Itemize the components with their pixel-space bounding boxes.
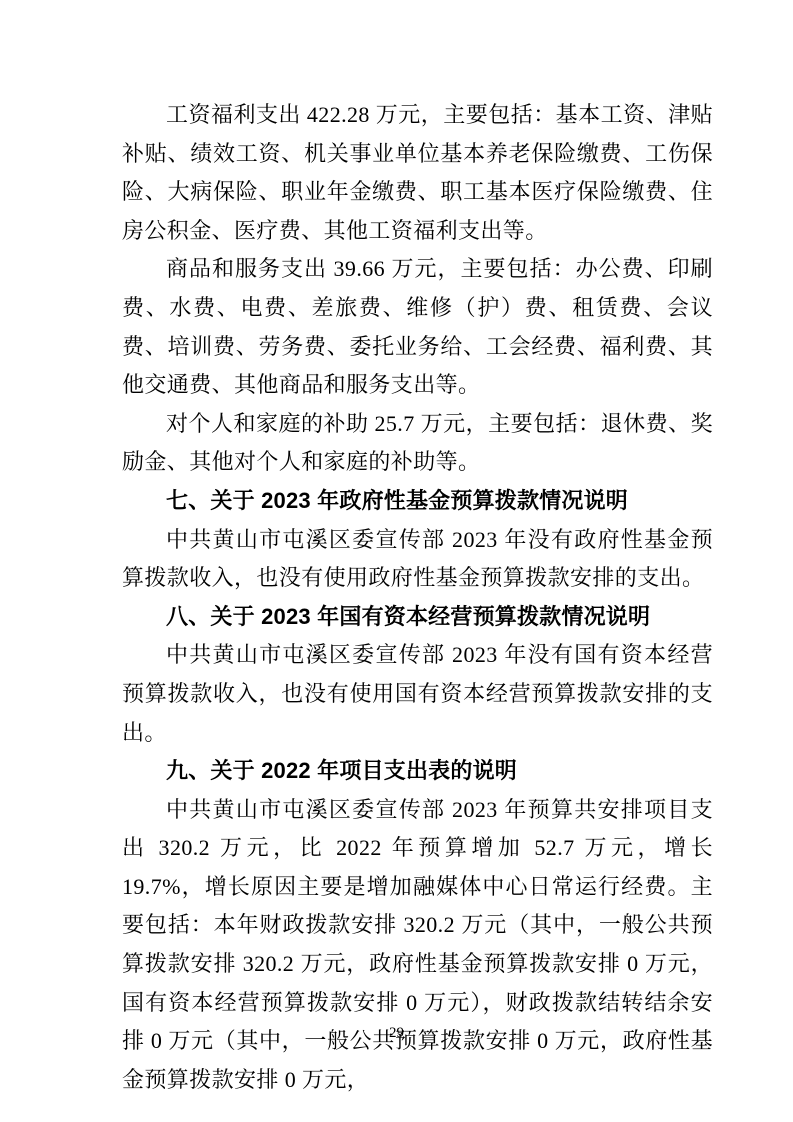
- page-number: 29: [0, 1023, 793, 1043]
- paragraph-wage-welfare-expenditure: 工资福利支出 422.28 万元，主要包括：基本工资、津贴补贴、绩效工资、机关事…: [122, 96, 713, 250]
- heading-section-8-state-capital-budget: 八、关于 2023 年国有资本经营预算拨款情况说明: [122, 598, 713, 637]
- document-page: 工资福利支出 422.28 万元，主要包括：基本工资、津贴补贴、绩效工资、机关事…: [0, 0, 793, 1122]
- paragraph-section-8-body: 中共黄山市屯溪区委宣传部 2023 年没有国有资本经营预算拨款收入，也没有使用国…: [122, 636, 713, 752]
- heading-section-9-project-expenditure: 九、关于 2022 年项目支出表的说明: [122, 752, 713, 791]
- document-content: 工资福利支出 422.28 万元，主要包括：基本工资、津贴补贴、绩效工资、机关事…: [122, 96, 713, 1099]
- paragraph-section-9-body: 中共黄山市屯溪区委宣传部 2023 年预算共安排项目支出 320.2 万元，比 …: [122, 791, 713, 1100]
- paragraph-goods-services-expenditure: 商品和服务支出 39.66 万元，主要包括：办公费、印刷费、水费、电费、差旅费、…: [122, 250, 713, 404]
- heading-section-7-government-fund-budget: 七、关于 2023 年政府性基金预算拨款情况说明: [122, 482, 713, 521]
- paragraph-individual-family-subsidy: 对个人和家庭的补助 25.7 万元，主要包括：退休费、奖励金、其他对个人和家庭的…: [122, 405, 713, 482]
- paragraph-section-7-body: 中共黄山市屯溪区委宣传部 2023 年没有政府性基金预算拨款收入，也没有使用政府…: [122, 521, 713, 598]
